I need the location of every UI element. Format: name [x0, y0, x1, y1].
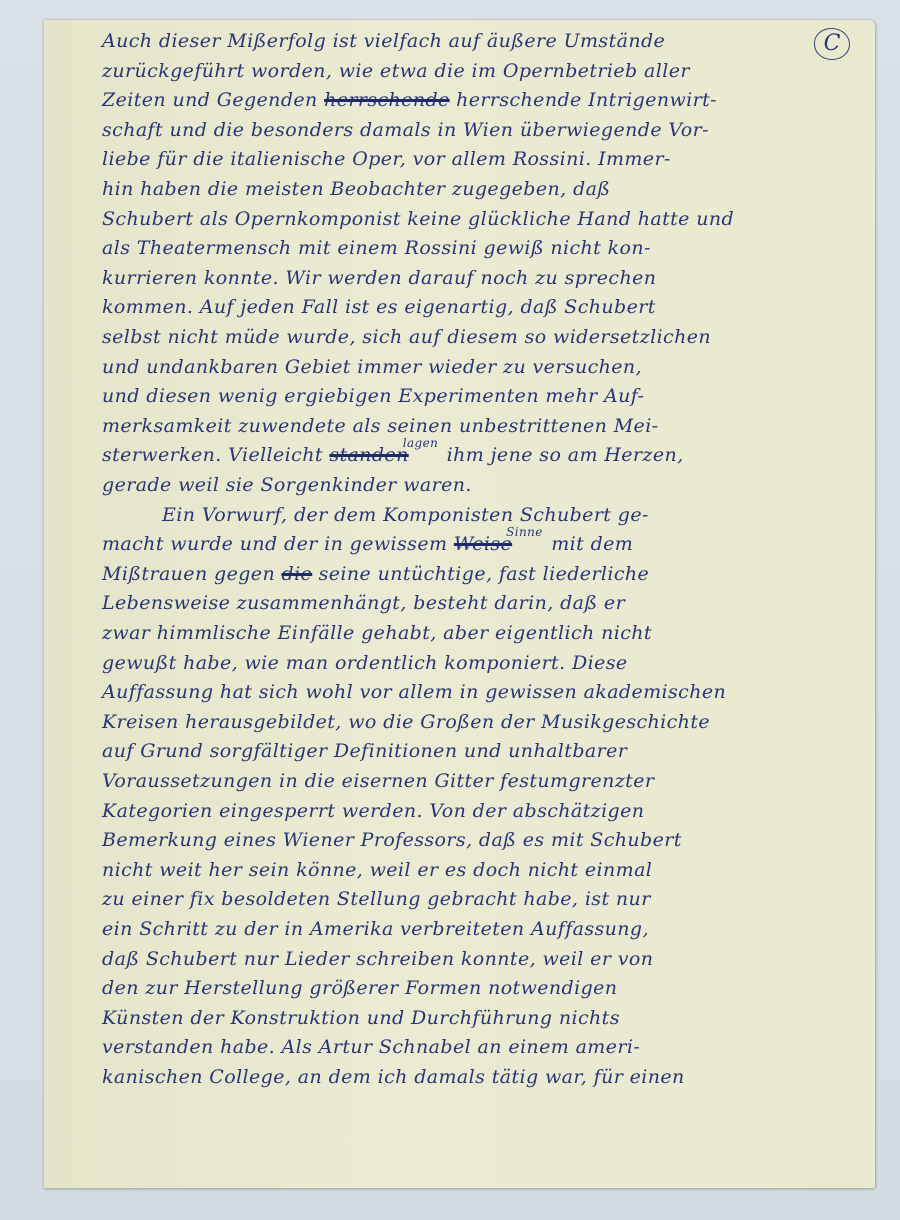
line-text: Schubert als Opernkomponist keine glückl… [102, 208, 734, 230]
line-text: zwar himmlische Einfälle gehabt, aber ei… [102, 622, 652, 644]
line-text: hin haben die meisten Beobachter zugegeb… [102, 178, 610, 200]
manuscript-line: Bemerkung eines Wiener Professors, daß e… [102, 829, 682, 851]
line-text: ihm jene so am Herzen, [440, 444, 683, 466]
line-text: selbst nicht müde wurde, sich auf diesem… [102, 326, 711, 348]
manuscript-line: Auffassung hat sich wohl vor allem in ge… [102, 681, 726, 703]
line-text: Zeiten und Gegenden [102, 89, 324, 111]
manuscript-line: Ein Vorwurf, der dem Komponisten Schuber… [102, 504, 649, 526]
line-text: kurrieren konnte. Wir werden darauf noch… [102, 267, 656, 289]
line-text: Auch dieser Mißerfolg ist vielfach auf ä… [102, 30, 665, 52]
line-text: kanischen College, an dem ich damals tät… [102, 1066, 685, 1088]
line-text: gewußt habe, wie man ordentlich komponie… [102, 652, 628, 674]
manuscript-line: nicht weit her sein könne, weil er es do… [102, 859, 652, 881]
manuscript-line: Auch dieser Mißerfolg ist vielfach auf ä… [102, 30, 665, 52]
struck-out-word: herrschende [324, 89, 450, 111]
manuscript-line: Mißtrauen gegen die seine untüchtige, fa… [102, 563, 649, 585]
manuscript-line: macht wurde und der in gewissem WeiseSin… [102, 533, 633, 555]
inserted-correction: Sinne [506, 525, 543, 539]
manuscript-line: und diesen wenig ergiebigen Experimenten… [102, 385, 644, 407]
line-text: Bemerkung eines Wiener Professors, daß e… [102, 829, 682, 851]
manuscript-line: hin haben die meisten Beobachter zugegeb… [102, 178, 610, 200]
inserted-correction: lagen [403, 436, 439, 450]
line-text: auf Grund sorgfältiger Definitionen und … [102, 740, 627, 762]
line-text: und diesen wenig ergiebigen Experimenten… [102, 385, 644, 407]
page-mark-circled-letter: C [814, 28, 850, 60]
manuscript-line: ein Schritt zu der in Amerika verbreitet… [102, 918, 649, 940]
manuscript-line: auf Grund sorgfältiger Definitionen und … [102, 740, 627, 762]
manuscript-line: liebe für die italienische Oper, vor all… [102, 148, 671, 170]
manuscript-line: sterwerken. Vielleicht standenlagen ihm … [102, 444, 684, 466]
manuscript-line: gewußt habe, wie man ordentlich komponie… [102, 652, 628, 674]
line-text: verstanden habe. Als Artur Schnabel an e… [102, 1036, 640, 1058]
manuscript-line: kommen. Auf jeden Fall ist es eigenartig… [102, 296, 656, 318]
line-text: Lebensweise zusammenhängt, besteht darin… [102, 592, 625, 614]
line-text: gerade weil sie Sorgenkinder waren. [102, 474, 472, 496]
manuscript-line: kurrieren konnte. Wir werden darauf noch… [102, 267, 656, 289]
line-text: nicht weit her sein könne, weil er es do… [102, 859, 652, 881]
line-text: seine untüchtige, fast liederliche [312, 563, 649, 585]
manuscript-line: Kategorien eingesperrt werden. Von der a… [102, 800, 644, 822]
line-text: den zur Herstellung größerer Formen notw… [102, 977, 617, 999]
line-text: Kreisen herausgebildet, wo die Großen de… [102, 711, 710, 733]
struck-out-word: die [282, 563, 313, 585]
line-text: daß Schubert nur Lieder schreiben konnte… [102, 948, 653, 970]
manuscript-line: selbst nicht müde wurde, sich auf diesem… [102, 326, 711, 348]
manuscript-line: daß Schubert nur Lieder schreiben konnte… [102, 948, 653, 970]
line-text: merksamkeit zuwendete als seinen unbestr… [102, 415, 659, 437]
line-text: Mißtrauen gegen [102, 563, 282, 585]
manuscript-line: Lebensweise zusammenhängt, besteht darin… [102, 592, 625, 614]
line-text: herrschende Intrigenwirt- [450, 89, 717, 111]
manuscript-line: als Theatermensch mit einem Rossini gewi… [102, 237, 651, 259]
line-text: kommen. Auf jeden Fall ist es eigenartig… [102, 296, 656, 318]
line-text: Ein Vorwurf, der dem Komponisten Schuber… [162, 504, 649, 526]
struck-out-word: Weise [454, 533, 512, 555]
line-text: Künsten der Konstruktion und Durchführun… [102, 1007, 620, 1029]
line-text: als Theatermensch mit einem Rossini gewi… [102, 237, 651, 259]
manuscript-line: merksamkeit zuwendete als seinen unbestr… [102, 415, 659, 437]
manuscript-page: C Auch dieser Mißerfolg ist vielfach auf… [44, 20, 875, 1188]
manuscript-line: schaft und die besonders damals in Wien … [102, 119, 709, 141]
line-text: Kategorien eingesperrt werden. Von der a… [102, 800, 644, 822]
manuscript-line: verstanden habe. Als Artur Schnabel an e… [102, 1036, 640, 1058]
manuscript-line: Voraussetzungen in die eisernen Gitter f… [102, 770, 654, 792]
line-text: zurückgeführt worden, wie etwa die im Op… [102, 60, 690, 82]
manuscript-line: Schubert als Opernkomponist keine glückl… [102, 208, 734, 230]
line-text: Voraussetzungen in die eisernen Gitter f… [102, 770, 654, 792]
manuscript-line: Künsten der Konstruktion und Durchführun… [102, 1007, 620, 1029]
manuscript-line: den zur Herstellung größerer Formen notw… [102, 977, 617, 999]
line-text: macht wurde und der in gewissem [102, 533, 454, 555]
line-text: sterwerken. Vielleicht [102, 444, 329, 466]
manuscript-line: zurückgeführt worden, wie etwa die im Op… [102, 60, 690, 82]
manuscript-line: Kreisen herausgebildet, wo die Großen de… [102, 711, 710, 733]
line-text: Auffassung hat sich wohl vor allem in ge… [102, 681, 726, 703]
line-text: zu einer fix besoldeten Stellung gebrach… [102, 888, 651, 910]
manuscript-line: zu einer fix besoldeten Stellung gebrach… [102, 888, 651, 910]
line-text: schaft und die besonders damals in Wien … [102, 119, 709, 141]
manuscript-line: gerade weil sie Sorgenkinder waren. [102, 474, 472, 496]
manuscript-line: Zeiten und Gegenden herrschende herrsche… [102, 89, 717, 111]
manuscript-line: zwar himmlische Einfälle gehabt, aber ei… [102, 622, 652, 644]
line-text: und undankbaren Gebiet immer wieder zu v… [102, 356, 642, 378]
line-text: liebe für die italienische Oper, vor all… [102, 148, 671, 170]
manuscript-line: kanischen College, an dem ich damals tät… [102, 1066, 685, 1088]
struck-out-word: standen [329, 444, 408, 466]
line-text: mit dem [545, 533, 633, 555]
line-text: ein Schritt zu der in Amerika verbreitet… [102, 918, 649, 940]
manuscript-line: und undankbaren Gebiet immer wieder zu v… [102, 356, 642, 378]
